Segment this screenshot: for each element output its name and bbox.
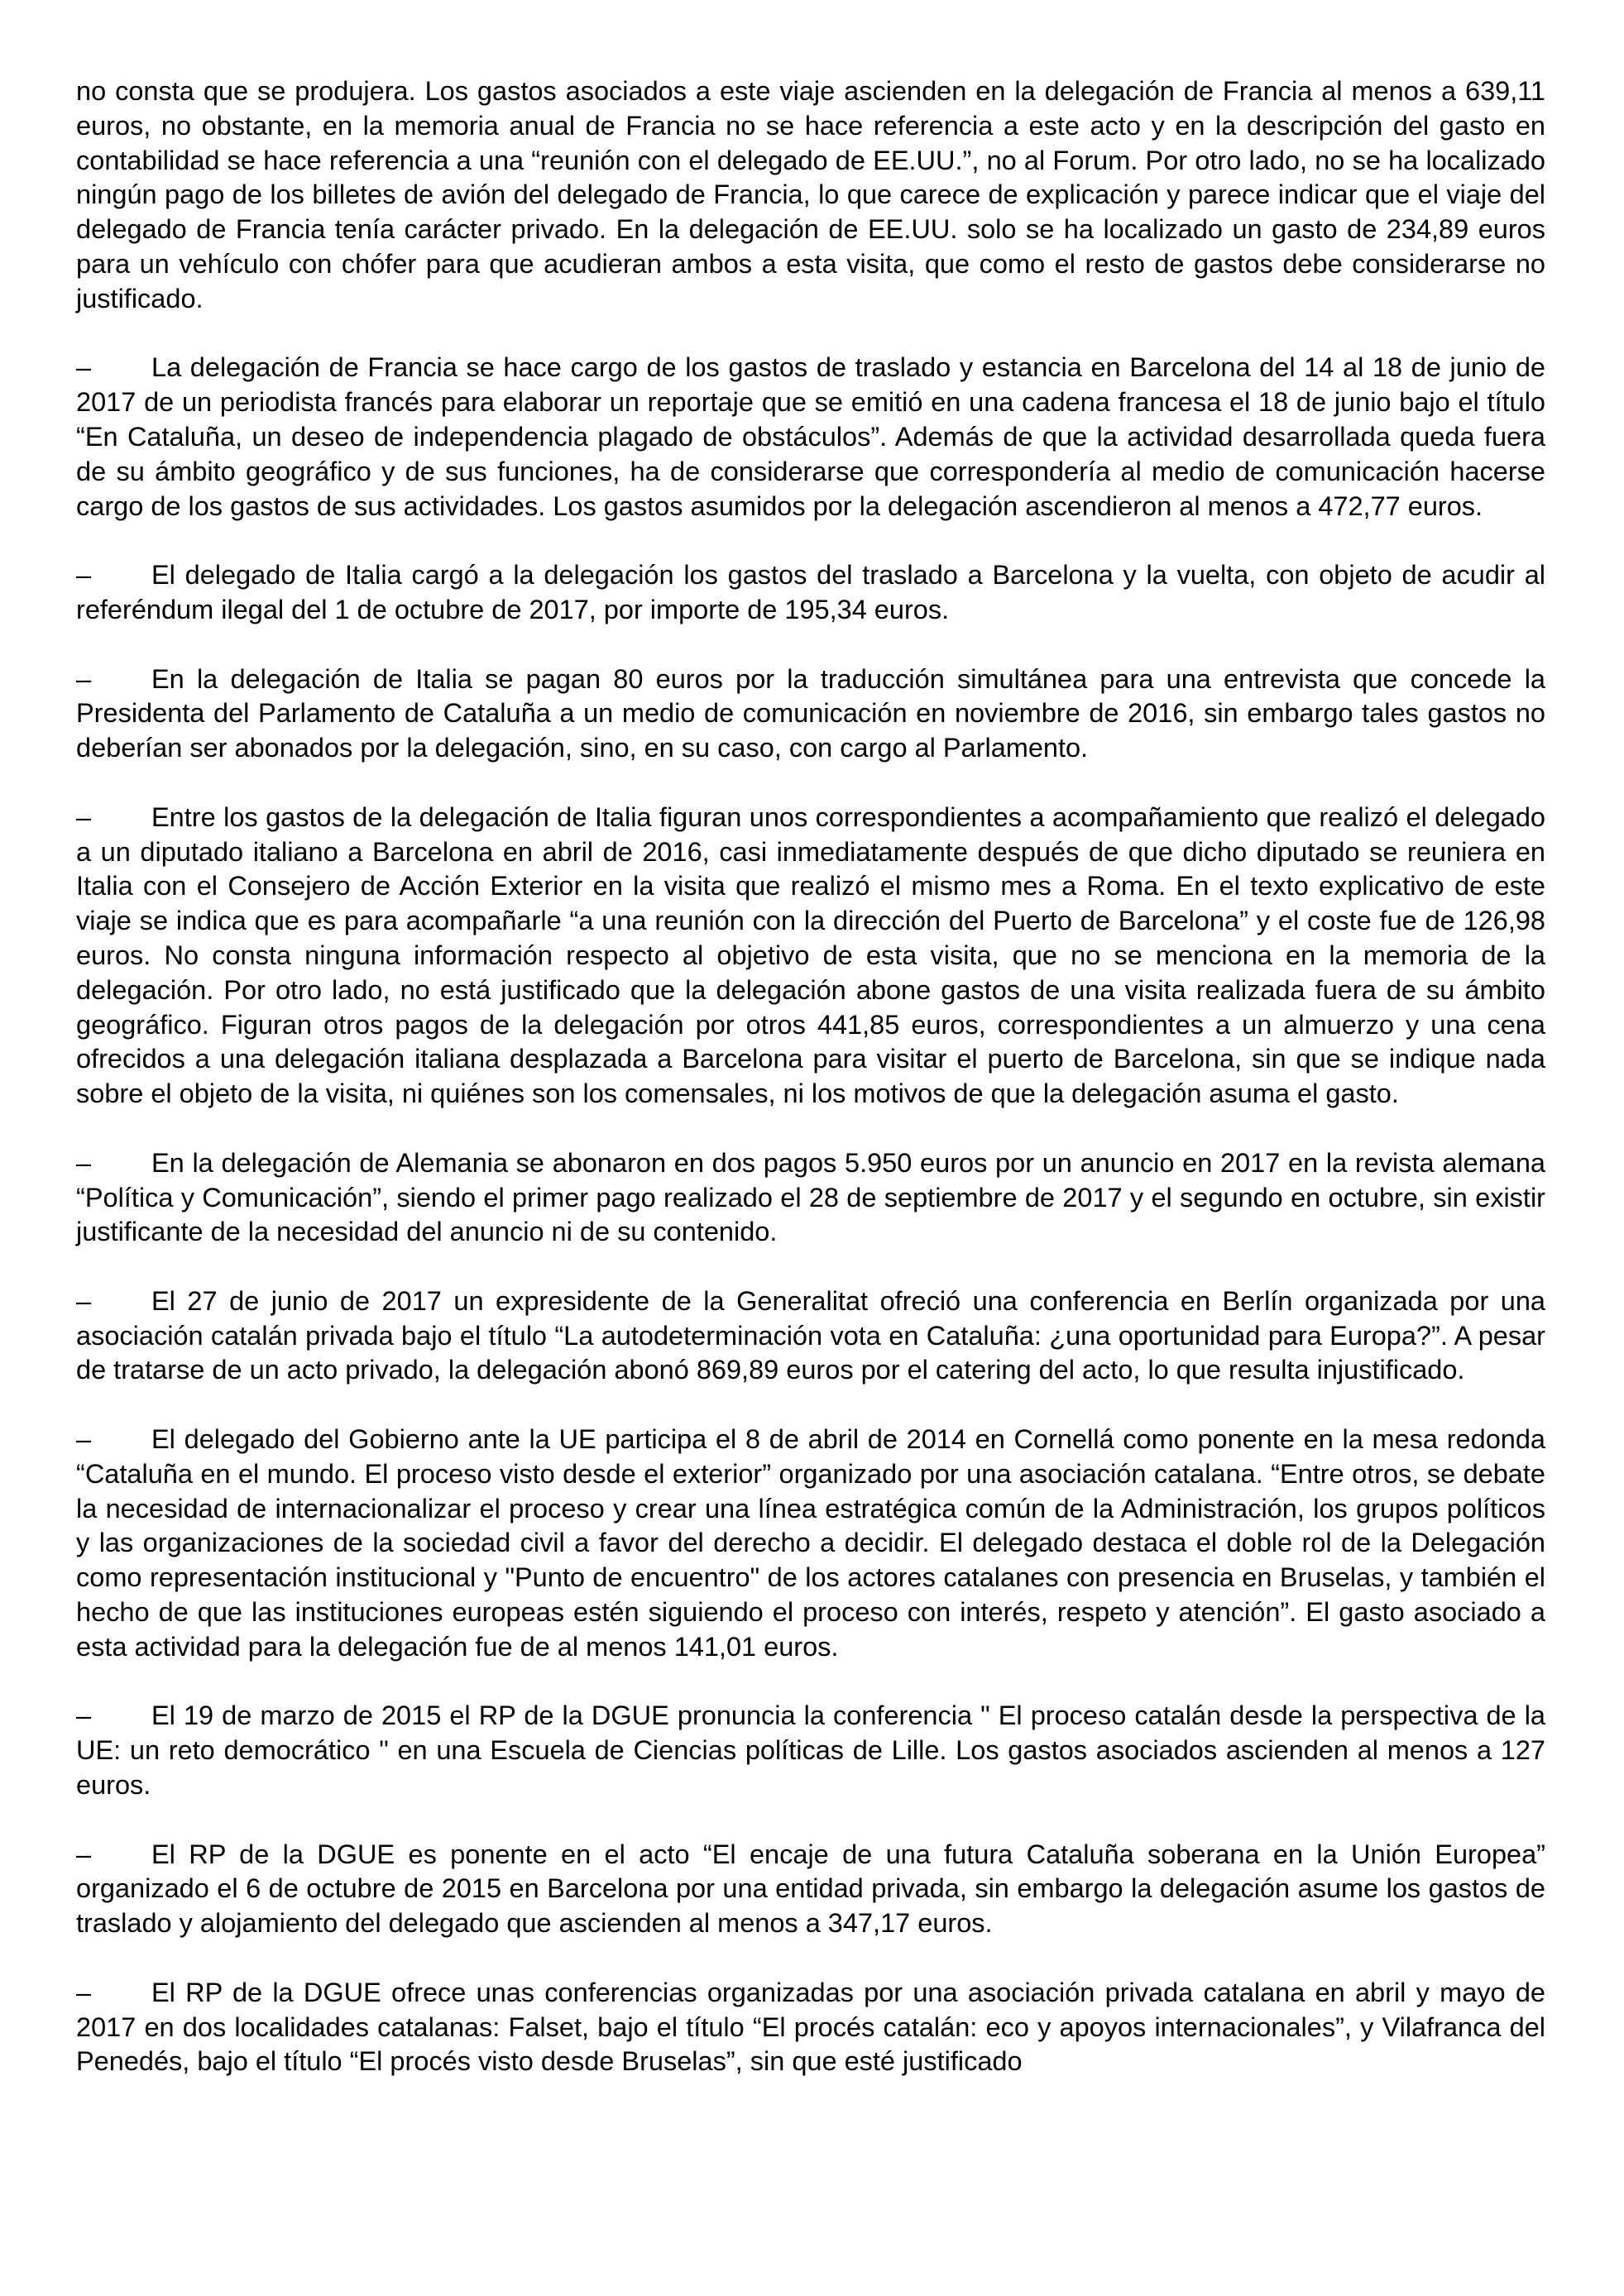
- paragraph: –El RP de la DGUE ofrece unas conferenci…: [76, 1976, 1545, 2079]
- bullet-dash: –: [76, 662, 151, 697]
- bullet-dash: –: [76, 351, 151, 385]
- paragraph-text: El delegado de Italia cargó a la delegac…: [76, 560, 1545, 624]
- paragraph: no consta que se produjera. Los gastos a…: [76, 74, 1545, 317]
- paragraph: –La delegación de Francia se hace cargo …: [76, 351, 1545, 524]
- paragraph-text: El 27 de junio de 2017 un expresidente d…: [76, 1286, 1545, 1385]
- paragraph-text: El RP de la DGUE es ponente en el acto “…: [76, 1839, 1545, 1939]
- bullet-dash: –: [76, 1976, 151, 2011]
- paragraph-text: El 19 de marzo de 2015 el RP de la DGUE …: [76, 1700, 1545, 1800]
- bullet-dash: –: [76, 1699, 151, 1734]
- bullet-dash: –: [76, 558, 151, 593]
- bullet-dash: –: [76, 1146, 151, 1181]
- paragraph: –El 19 de marzo de 2015 el RP de la DGUE…: [76, 1699, 1545, 1802]
- paragraph-text: El RP de la DGUE ofrece unas conferencia…: [76, 1978, 1545, 2077]
- paragraph-text: El delegado del Gobierno ante la UE part…: [76, 1424, 1545, 1662]
- paragraph-text: no consta que se produjera. Los gastos a…: [76, 76, 1545, 313]
- paragraph: –En la delegación de Italia se pagan 80 …: [76, 662, 1545, 766]
- paragraph: –El 27 de junio de 2017 un expresidente …: [76, 1284, 1545, 1388]
- paragraph: –Entre los gastos de la delegación de It…: [76, 801, 1545, 1112]
- paragraph-text: En la delegación de Italia se pagan 80 e…: [76, 664, 1545, 763]
- bullet-dash: –: [76, 1284, 151, 1319]
- document-page: no consta que se produjera. Los gastos a…: [0, 0, 1624, 2296]
- paragraph-text: La delegación de Francia se hace cargo d…: [76, 352, 1545, 520]
- paragraph: –El delegado del Gobierno ante la UE par…: [76, 1423, 1545, 1665]
- paragraph: –El delegado de Italia cargó a la delega…: [76, 558, 1545, 628]
- paragraph: –En la delegación de Alemania se abonaro…: [76, 1146, 1545, 1250]
- paragraph: –El RP de la DGUE es ponente en el acto …: [76, 1838, 1545, 1941]
- bullet-dash: –: [76, 801, 151, 835]
- bullet-dash: –: [76, 1423, 151, 1457]
- paragraph-text: En la delegación de Alemania se abonaron…: [76, 1148, 1545, 1247]
- bullet-dash: –: [76, 1838, 151, 1873]
- paragraph-text: Entre los gastos de la delegación de Ita…: [76, 802, 1545, 1108]
